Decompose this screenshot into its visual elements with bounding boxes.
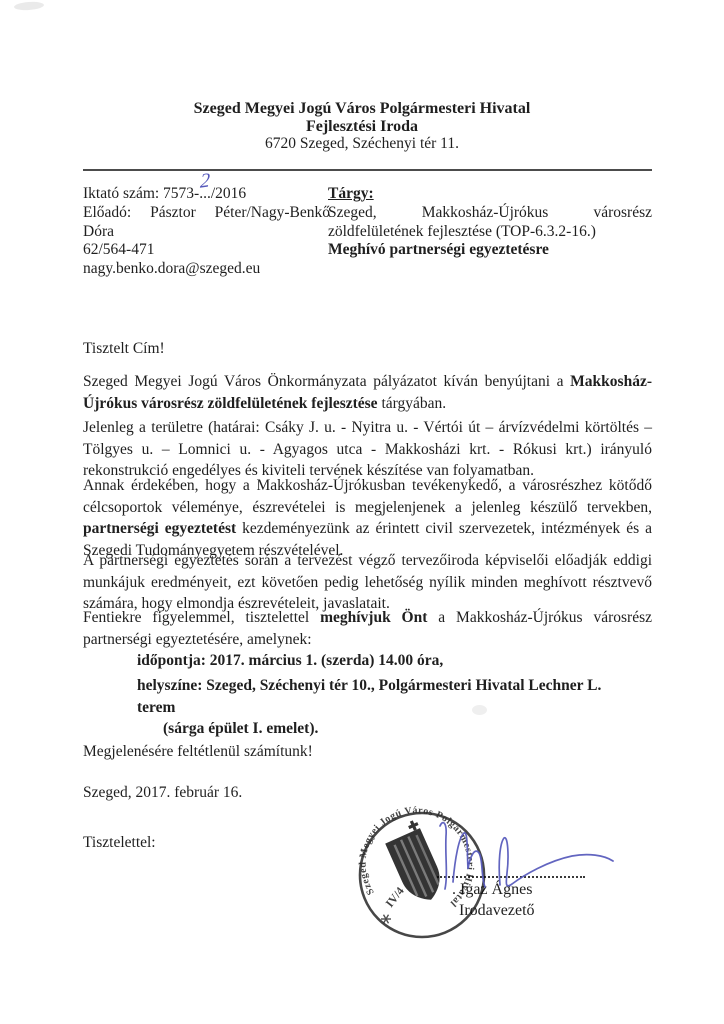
paragraph-5-bold: meghívjuk Önt: [320, 609, 427, 626]
subject-invite-line: Meghívó partnerségi egyeztetésre: [328, 241, 652, 260]
case-info-left: Iktató szám: 7573-...2/2016 Előadó: Pász…: [83, 185, 330, 279]
subject-text-line2: zöldfelületének fejlesztése (TOP-6.3.2-1…: [328, 223, 652, 242]
letterhead-address: 6720 Szeged, Széchenyi tér 11.: [0, 135, 724, 153]
paragraph-1: Szeged Megyei Jogú Város Önkormányzata p…: [83, 371, 652, 414]
paragraph-5-pre: Fentiekre figyelemmel, tisztelettel: [83, 609, 320, 626]
scanned-letter-page: Szeged Megyei Jogú Város Polgármesteri H…: [0, 0, 724, 1024]
letterhead-organization: Szeged Megyei Jogú Város Polgármesteri H…: [0, 100, 724, 118]
date-line: Szeged, 2017. február 16.: [83, 782, 483, 804]
closing-salutation: Tisztelettel:: [83, 832, 383, 854]
meeting-place-line2: (sárga épület I. emelet).: [163, 718, 637, 740]
clerk-phone: 62/564-471: [83, 241, 330, 260]
subject-text-line1: Szeged, Makkosház-Újrókus városrész: [328, 204, 652, 223]
letterhead-office: Fejlesztési Iroda: [0, 118, 724, 136]
signature-ink: [425, 812, 625, 897]
clerk-email: nagy.benko.dora@szeged.eu: [83, 260, 330, 279]
case-info-right: Tárgy: Szeged, Makkosház-Újrókus városré…: [328, 185, 652, 260]
salutation: Tisztelt Cím!: [83, 338, 652, 360]
subject-label: Tárgy:: [328, 185, 652, 204]
clerk-name-line2: Dóra: [83, 223, 330, 242]
paragraph-4: A partnerségi egyeztetés során a tervezé…: [83, 550, 652, 615]
case-number-handwritten-digit: 2: [200, 170, 211, 192]
case-number-line: Iktató szám: 7573-...2/2016: [83, 185, 330, 204]
paragraph-3: Annak érdekében, hogy a Makkosház-Újróku…: [83, 475, 652, 561]
divider-rule: [83, 169, 652, 171]
case-number-dots-wrap: ...2: [199, 185, 211, 204]
paragraph-1-post: tárgyában.: [378, 395, 447, 412]
meeting-time: időpontja: 2017. március 1. (szerda) 14.…: [137, 650, 637, 672]
paragraph-3-pre: Annak érdekében, hogy a Makkosház-Újróku…: [83, 477, 652, 516]
paragraph-1-pre: Szeged Megyei Jogú Város Önkormányzata p…: [83, 373, 570, 390]
paragraph-3-bold: partnerségi egyeztetést: [83, 520, 236, 537]
attendance-note: Megjelenésére feltétlenül számítunk!: [83, 741, 652, 763]
stamp-unit-code: IV/4: [384, 885, 407, 910]
paragraph-5: Fentiekre figyelemmel, tisztelettel megh…: [83, 607, 652, 650]
case-number-label: Iktató szám: 7573-: [83, 185, 199, 202]
meeting-place-line1: helyszíne: Szeged, Széchenyi tér 10., Po…: [137, 675, 637, 718]
scan-smudge-top-left: [14, 1, 44, 11]
case-number-year: /2016: [211, 185, 246, 202]
meeting-place: helyszíne: Szeged, Széchenyi tér 10., Po…: [137, 675, 637, 740]
letterhead: Szeged Megyei Jogú Város Polgármesteri H…: [0, 100, 724, 153]
paragraph-2: Jelenleg a területre (határai: Csáky J. …: [83, 417, 652, 482]
clerk-name-line1: Előadó: Pásztor Péter/Nagy-Benkő: [83, 204, 330, 223]
